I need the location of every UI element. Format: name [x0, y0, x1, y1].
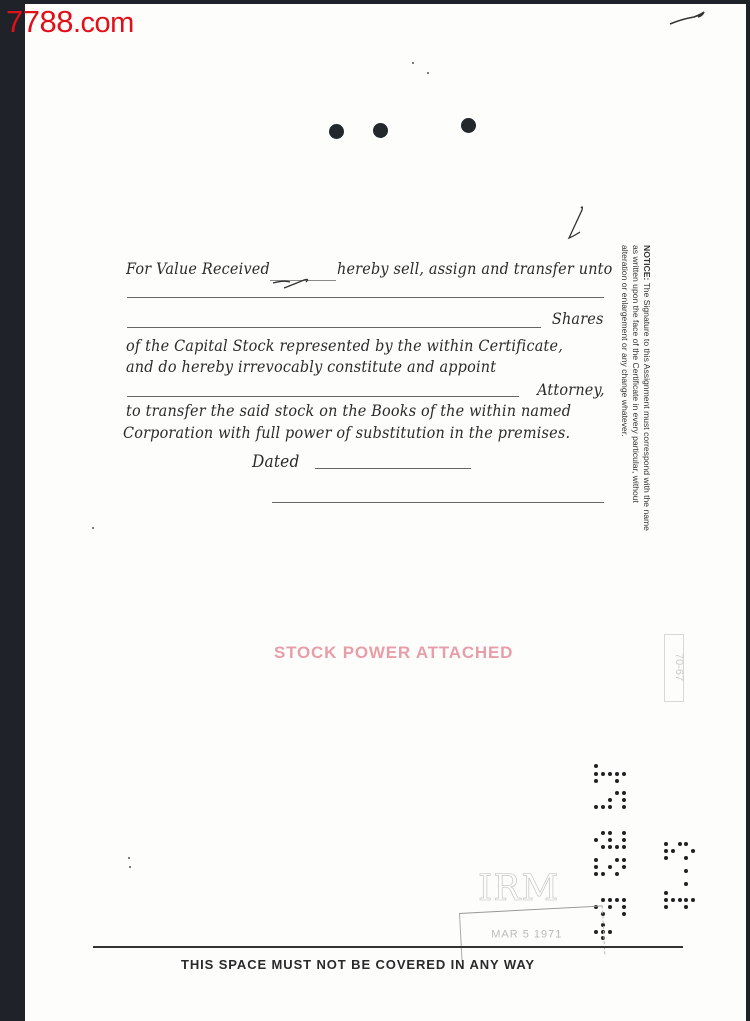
punch-hole [461, 118, 476, 133]
transfer-books-text: to transfer the said stock on the Books … [126, 402, 571, 420]
handwritten-grantor-mark [270, 270, 320, 290]
signature-notice: NOTICE: The Signature to this Assignment… [619, 245, 652, 565]
paper-speck [92, 527, 94, 529]
shares-field-line[interactable] [127, 327, 541, 328]
stock-power-attached-stamp: STOCK POWER ATTACHED [274, 643, 513, 663]
corporation-substitution-text: Corporation with full power of substitut… [123, 424, 570, 442]
handwritten-mark-l [562, 200, 588, 244]
signature-field-line[interactable] [272, 502, 604, 503]
side-box-stamp: 70-67 [664, 634, 684, 702]
notice-label: NOTICE: [642, 245, 652, 280]
punch-hole [373, 123, 388, 138]
date-field-line[interactable] [315, 468, 471, 469]
punch-hole [329, 124, 344, 139]
paper-speck [128, 857, 130, 859]
attorney-label: Attorney, [537, 381, 605, 399]
date-stamp-text: MAR 5 1971 [491, 928, 562, 940]
side-box-stamp-text: 70-67 [673, 653, 685, 681]
attorney-field-line[interactable] [127, 396, 519, 397]
assignee-field-line[interactable] [127, 297, 604, 298]
capital-stock-text: of the Capital Stock represented by the … [126, 337, 563, 355]
for-value-received-label: For Value Received [126, 260, 270, 278]
date-received-stamp: MAR 5 1971 [459, 905, 605, 961]
paper-speck [129, 866, 131, 868]
notice-line: alteration or enlargement or any change … [619, 245, 630, 565]
notice-line: as written upon the face of the Certific… [630, 245, 641, 565]
irrevocably-appoint-text: and do hereby irrevocably constitute and… [126, 358, 496, 376]
notice-line: The Signature to this Assignment must co… [642, 283, 652, 531]
paper-speck [412, 62, 414, 64]
bottom-divider [93, 946, 683, 948]
perforated-series [660, 838, 700, 913]
irm-stamp: IRM [478, 868, 559, 909]
do-not-cover-notice: THIS SPACE MUST NOT BE COVERED IN ANY WA… [181, 957, 535, 972]
paper-speck [427, 72, 429, 74]
shares-label: Shares [552, 310, 604, 328]
site-watermark: 7788.com [6, 6, 134, 38]
sell-assign-transfer-text: hereby sell, assign and transfer unto [337, 260, 613, 278]
handwritten-scribble-top [668, 8, 708, 28]
dated-label: Dated [252, 452, 299, 471]
